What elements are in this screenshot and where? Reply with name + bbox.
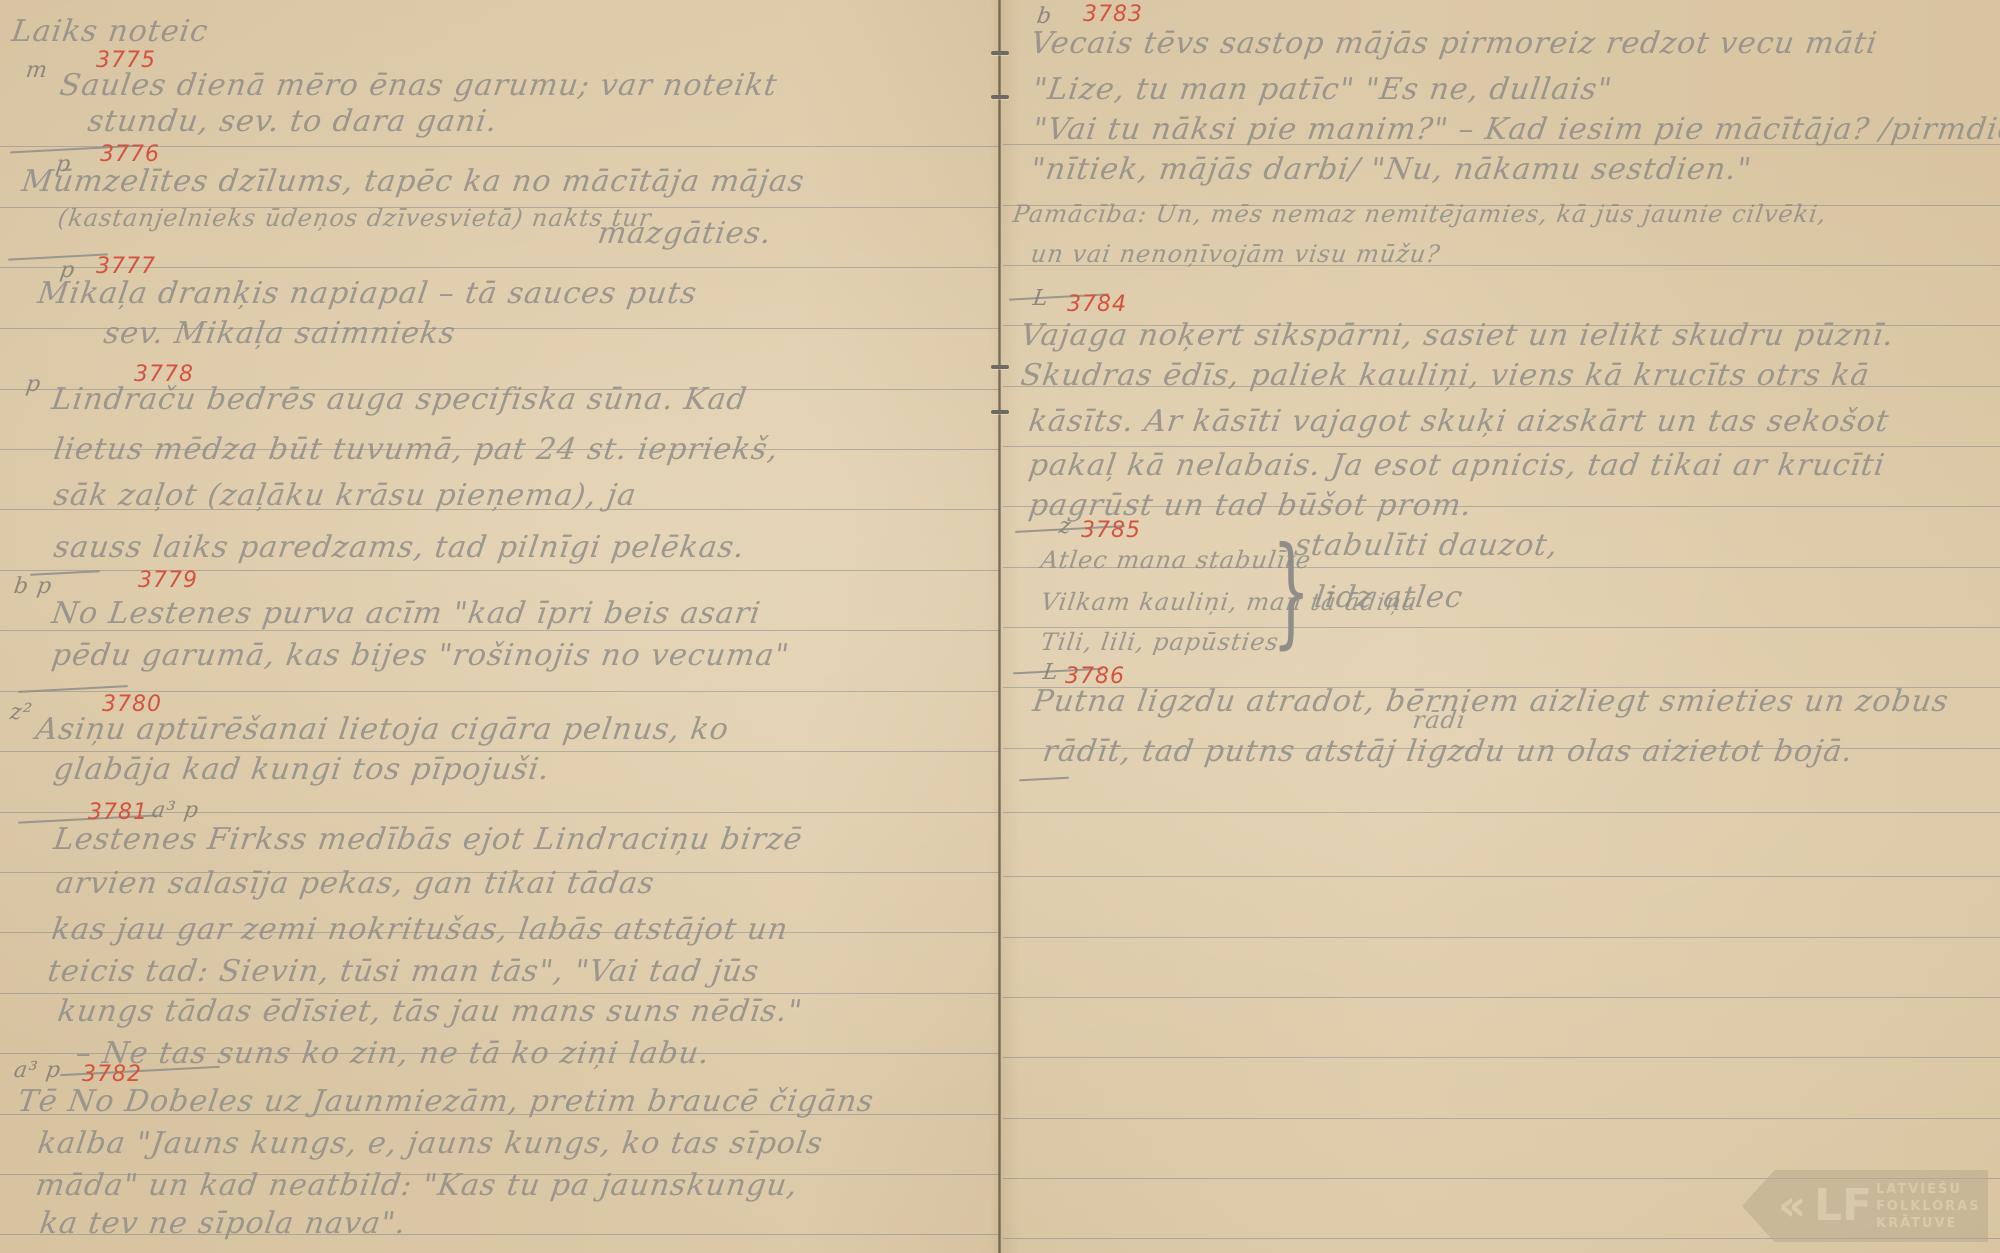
entry-line: Asiņu aptūrēšanai lietoja cigāra pelnus,… [34, 712, 732, 747]
entry-line: (kastanjelnieks ūdeņos dzīvesvietā) nakt… [56, 204, 654, 232]
entry-line: māda" un kad neatbild: "Kas tu pa jaunsk… [34, 1168, 801, 1203]
entry-line: Vajaga noķert sikspārni, sasiet un ielik… [1019, 318, 1897, 353]
entry-line: ka tev ne sīpola nava". [38, 1206, 409, 1241]
entry-separator [8, 253, 108, 260]
section-heading: Laiks noteic [10, 14, 211, 49]
entry-line: Tili, lili, papūsties [1039, 628, 1281, 656]
entry-line: Mikaļa dranķis napiapal – tā sauces puts [36, 276, 700, 311]
entry-line: "Lize, tu man patīc" "Es ne, dullais" [1031, 72, 1615, 107]
margin-mark: p [24, 372, 43, 397]
notebook-spread: Laiks noteic m 3775 Saules dienā mēro ēn… [0, 0, 2000, 1253]
margin-mark: m [24, 58, 49, 83]
entry-line: glabāja kad kungi tos pīpojuši. [52, 752, 553, 787]
entry-line: lietus mēdza būt tuvumā, pat 24 st. iepr… [52, 432, 781, 467]
ruled-line [1003, 937, 2000, 938]
entry-line: stundu, sev. to dara gani. [86, 104, 500, 139]
entry-line: pakaļ kā nelabais. Ja esot apnicis, tad … [1027, 448, 1888, 483]
lfk-chevron-icon: « LFK [1742, 1170, 1872, 1242]
entry-line: teicis tad: Sievin, tūsi man tās", "Vai … [46, 954, 762, 989]
ruled-line [1003, 1057, 2000, 1058]
bracket-note-line: lidz atlec [1313, 580, 1466, 615]
ruled-line [1003, 446, 2000, 447]
entry-line: Vecais tēvs sastop mājās pirmoreiz redzo… [1029, 26, 1880, 61]
entry-line: Pamācība: Un, mēs nemaz nemitējamies, kā… [1011, 200, 1829, 228]
ruled-line [1003, 1118, 2000, 1119]
entry-separator [1019, 777, 1069, 782]
margin-mark: a³ p [12, 1058, 63, 1083]
entry-line: No Lestenes purva acīm "kad īpri beis as… [50, 596, 764, 631]
margin-mark: L [1041, 660, 1060, 685]
margin-mark: a³ p [150, 798, 201, 823]
entry-line: kalba "Jauns kungs, e, jauns kungs, ko t… [36, 1126, 826, 1161]
right-page: b 3783 Vecais tēvs sastop mājās pirmorei… [1003, 0, 2000, 1253]
entry-line: pēdu garumā, kas bijes "rošinojis no vec… [50, 638, 792, 673]
entry-line: rādīt, tad putns atstāj ligzdu un olas a… [1041, 734, 1856, 769]
entry-line: Tē No Dobeles uz Jaunmiezām, pretim brau… [16, 1084, 877, 1119]
ruled-line [1003, 812, 2000, 813]
logo-text-line: LATVIEŠU [1876, 1181, 1988, 1198]
entry-line: Putna ligzdu atradot, bērniem aizliegt s… [1031, 684, 1952, 719]
entry-line: kāsīts. Ar kāsīti vajagot skuķi aizskārt… [1027, 404, 1892, 439]
entry-line: mazgāties. [596, 216, 774, 251]
entry-line: sauss laiks paredzams, tad pilnīgi pelēk… [52, 530, 748, 565]
entry-line: arvien salasīja pekas, gan tikai tādas [54, 866, 657, 901]
ruled-line [1003, 876, 2000, 877]
entry-line: Lindraču bedrēs auga specifiska sūna. Ka… [50, 382, 750, 417]
entry-line: Saules dienā mēro ēnas garumu; var notei… [58, 68, 780, 103]
margin-mark: L [1031, 286, 1050, 311]
entry-line: sev. Mikaļa saimnieks [102, 316, 458, 351]
entry-line: Skudras ēdīs, paliek kauliņi, viens kā k… [1019, 358, 1872, 393]
entry-line: "nītiek, mājās darbi/ "Nu, nākamu sestdi… [1029, 152, 1754, 187]
lfk-watermark-logo: « LFK LATVIEŠU FOLKLORAS KRĀTUVE [1742, 1170, 1988, 1242]
entry-line: – Ne tas suns ko zin, ne tā ko ziņi labu… [74, 1036, 713, 1071]
logo-text-line: FOLKLORAS [1876, 1198, 1988, 1215]
logo-letter: « [1778, 1182, 1806, 1230]
entry-line: un vai nenoņīvojām visu mūžu? [1029, 240, 1442, 268]
entry-line: kungs tādas ēdīsiet, tās jau mans suns n… [56, 994, 805, 1029]
margin-mark: z [1057, 514, 1073, 539]
entry-number: 3783 [1083, 2, 1143, 27]
entry-number: 3784 [1067, 292, 1127, 317]
entry-number: 3785 [1081, 518, 1141, 543]
entry-line: Mūmzelītes dzīlums, tapēc ka no mācītāja… [20, 164, 807, 199]
margin-mark: z² [8, 700, 34, 725]
entry-line: "Vai tu nāksi pie manim?" – Kad iesim pi… [1031, 112, 2000, 147]
entry-line: sāk zaļot (zaļāku krāsu pieņema), ja [52, 478, 639, 513]
notebook-binding [998, 0, 1001, 1253]
margin-mark: b p [12, 574, 54, 599]
entry-line: kas jau gar zemi nokritušas, labās atstā… [50, 912, 791, 947]
entry-line: Lestenes Firkss medībās ejot Lindraciņu … [52, 822, 805, 857]
logo-text-line: KRĀTUVE [1876, 1215, 1988, 1232]
correction-note: rādi [1411, 706, 1468, 734]
entry-number: 3779 [138, 568, 198, 593]
ruled-line [1003, 997, 2000, 998]
left-page: Laiks noteic m 3775 Saules dienā mēro ēn… [0, 0, 999, 1253]
logo-text-block: LATVIEŠU FOLKLORAS KRĀTUVE [1872, 1170, 1988, 1242]
bracket-note-line: stabulīti dauzot, [1293, 528, 1561, 563]
ruled-line [0, 812, 999, 813]
